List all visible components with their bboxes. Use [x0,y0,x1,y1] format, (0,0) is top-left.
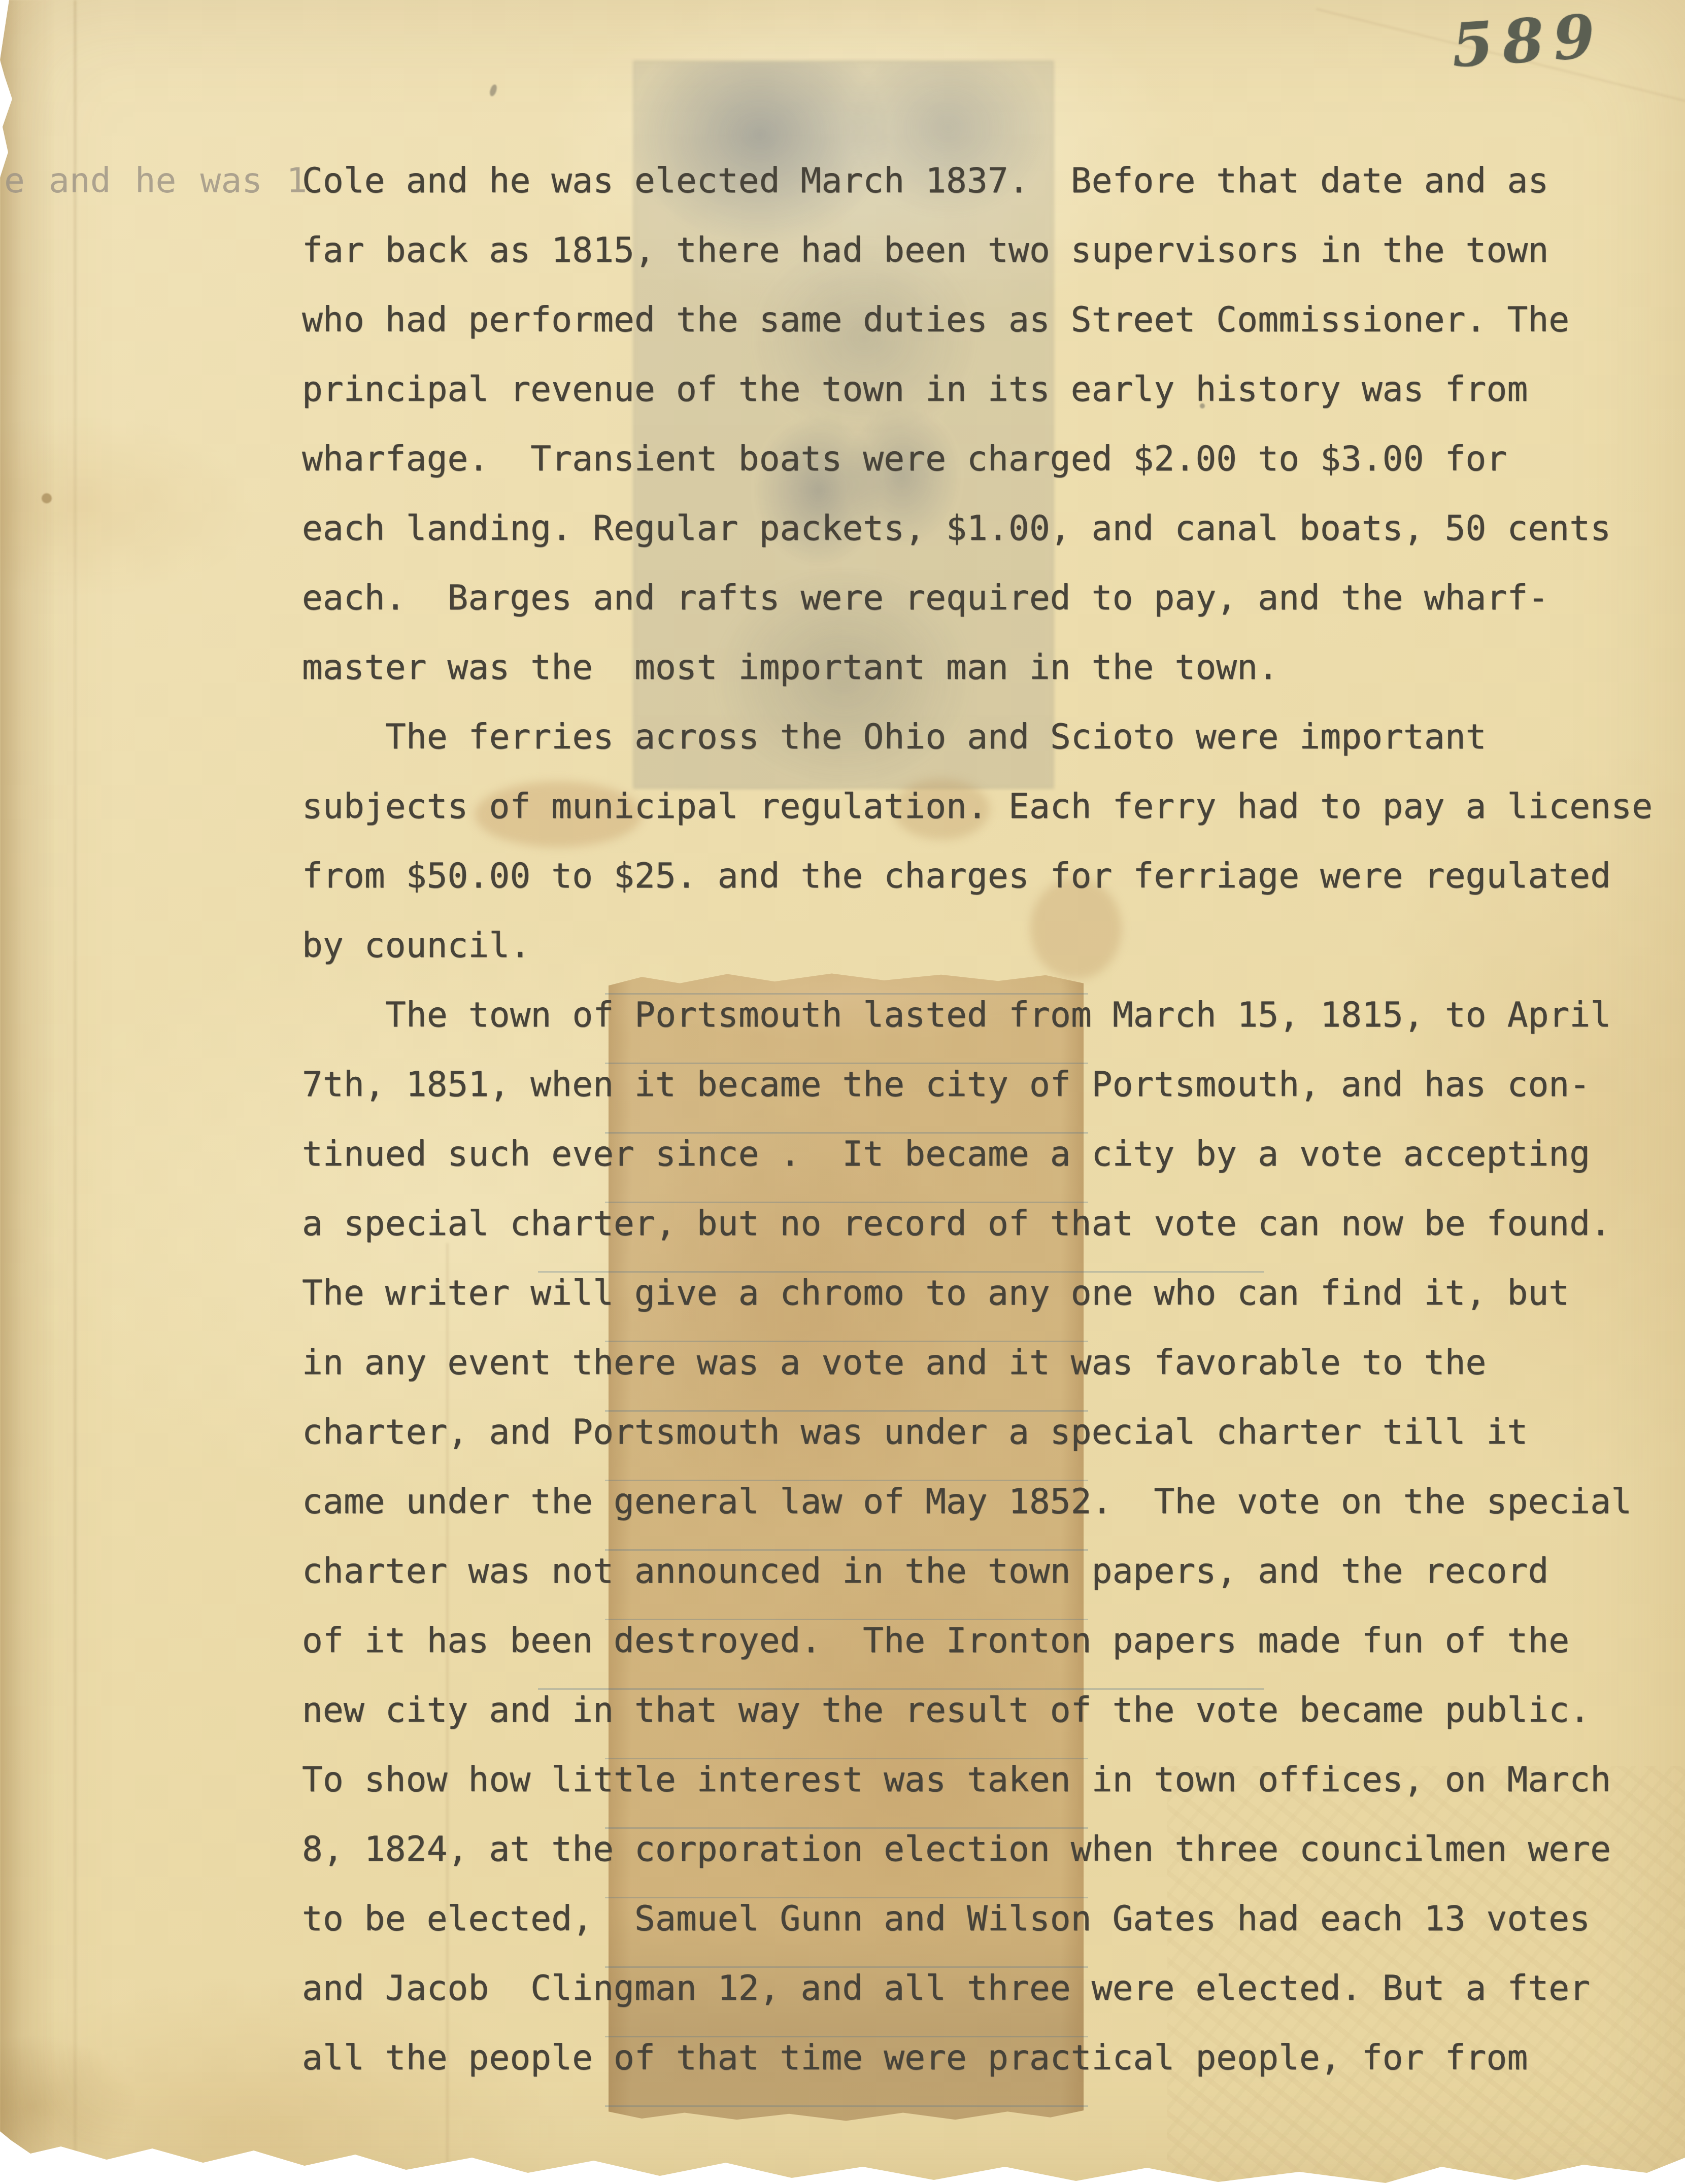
typewritten-line: To show how little interest was taken in… [302,1745,1622,1815]
typewritten-line: The ferries across the Ohio and Scioto w… [302,702,1622,772]
typewritten-line: master was the most important man in the… [302,633,1622,702]
typewritten-line: to be elected, Samuel Gunn and Wilson Ga… [302,1884,1622,1954]
typewritten-line: in any event there was a vote and it was… [302,1328,1622,1397]
typewritten-line: Cole and he was elected March 1837. Befo… [302,146,1622,216]
typewritten-line: The writer will give a chromo to any one… [302,1258,1622,1328]
paper-crease [74,0,76,2184]
typewritten-line: The town of Portsmouth lasted from March… [302,980,1622,1050]
ghost-typewriter-offset-text: e and he was 1 [4,146,307,216]
typewritten-line: each. Barges and rafts were required to … [302,563,1622,633]
typewritten-line: subjects of municipal regulation. Each f… [302,772,1622,841]
typewritten-line: 8, 1824, at the corporation election whe… [302,1815,1622,1884]
typewritten-line: and Jacob Clingman 12, and all three wer… [302,1954,1622,2023]
typewritten-line: far back as 1815, there had been two sup… [302,216,1622,285]
paper-speck [42,493,52,503]
typewritten-line: a special charter, but no record of that… [302,1189,1622,1258]
typewritten-line: came under the general law of May 1852. … [302,1467,1622,1537]
paper-left-edge-shading [0,0,56,2184]
typewritten-line: tinued such ever since . It became a cit… [302,1119,1622,1189]
typewritten-line: of it has been destroyed. The Ironton pa… [302,1606,1622,1676]
typewritten-line: each landing. Regular packets, $1.00, an… [302,494,1622,563]
handwritten-page-number: 589 [1450,0,1606,81]
typewritten-line: by council. [302,911,1622,980]
paper-sheet: 589 e and he was 1 Cole and he was elect… [0,0,1685,2184]
typewritten-line: who had performed the same duties as Str… [302,285,1622,355]
paper-speck [489,84,498,97]
typewritten-line: new city and in that way the result of t… [302,1676,1622,1745]
typewritten-line: charter, and Portsmouth was under a spec… [302,1397,1622,1467]
typewritten-line: 7th, 1851, when it became the city of Po… [302,1050,1622,1119]
typewritten-line: wharfage. Transient boats were charged $… [302,424,1622,494]
typewritten-line: charter was not announced in the town pa… [302,1537,1622,1606]
ruled-line [605,2105,1088,2107]
typewritten-line: principal revenue of the town in its ear… [302,355,1622,424]
typewritten-line: from $50.00 to $25. and the charges for … [302,841,1622,911]
scanned-page: 589 e and he was 1 Cole and he was elect… [0,0,1685,2184]
typewritten-line: all the people of that time were practic… [302,2023,1622,2093]
typewritten-text-block: Cole and he was elected March 1837. Befo… [302,146,1622,2093]
